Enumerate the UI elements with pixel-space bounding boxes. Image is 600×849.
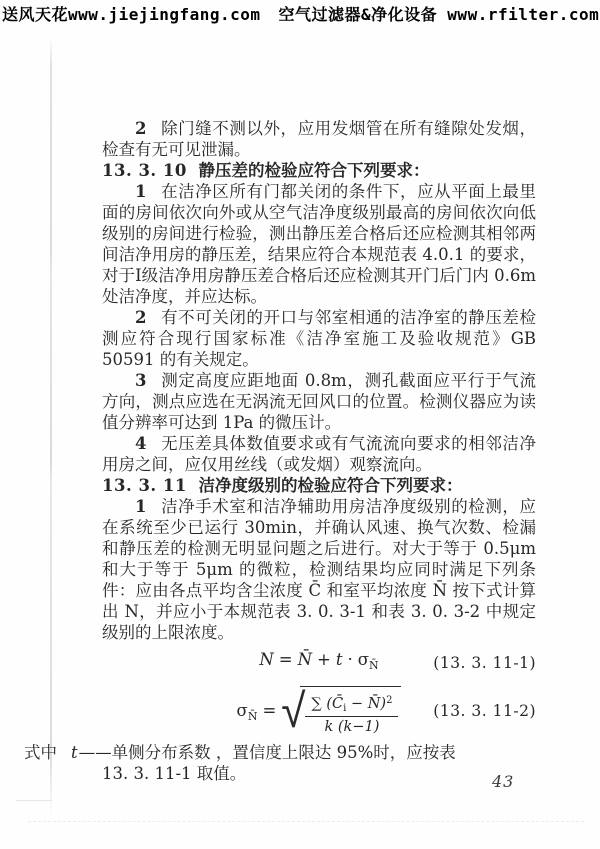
clause-title: 洁净度级别的检验应符合下列要求：: [198, 476, 462, 495]
eq-sigma: σ: [358, 650, 369, 669]
equation-13-3-11-2: σN̄=√∑ (C̄i − N̄)2k (k−1) (13. 3. 11-2): [102, 686, 536, 737]
clause-item: 1洁净手术室和洁净辅助用房洁净度级别的检测，应在系统至少已运行 30min，并确…: [102, 496, 536, 643]
equation-label: (13. 3. 11-2): [433, 698, 536, 724]
scan-artifact-line: [16, 800, 52, 801]
clause-item: 1在洁净区所有门都关闭的条件下，应从平面上最里面的房间依次向外或从空气洁净度级别…: [102, 181, 536, 307]
clause-number: 13. 3. 10: [102, 161, 187, 180]
eq-var-Nbar: N̄: [298, 650, 312, 669]
eq-var-N: N: [259, 650, 273, 669]
radical-sign: √: [281, 690, 305, 733]
equation-label: (13. 3. 11-1): [433, 650, 536, 676]
eq-var-t: t: [336, 650, 343, 669]
eq-equals: =: [279, 650, 293, 669]
definition-text-line1: 单侧分布系数 ，置信度上限达 95%时，应按表: [112, 743, 456, 762]
where-clause: 式中t——单侧分布系数 ，置信度上限达 95%时，应按表13. 3. 11-1 …: [102, 742, 536, 784]
eq-var-t: t: [71, 743, 78, 762]
sum-symbol: ∑: [311, 696, 321, 712]
item-text: 在洁净区所有门都关闭的条件下，应从平面上最里面的房间依次向外或从空气洁净度级别最…: [102, 182, 536, 306]
eq-superscript-2: 2: [386, 695, 392, 706]
eq-sigma-subscript: N̄: [369, 659, 379, 672]
item-text: 洁净手术室和洁净辅助用房洁净度级别的检测，应在系统至少已运行 30min，并确认…: [102, 497, 536, 642]
square-root: √∑ (C̄i − N̄)2k (k−1): [281, 686, 401, 737]
page-fold-line: [50, 36, 52, 816]
scan-watermark-header: 送风天花www.jiejingfang.com 空气过滤器&净化设备 www.r…: [2, 2, 598, 25]
item-text: 除门缝不测以外，应用发烟管在所有缝隙处发烟，检查有无可见泄漏。: [102, 119, 536, 159]
clause-heading-13-3-10: 13. 3. 10静压差的检验应符合下列要求：: [102, 160, 536, 181]
clause-item: 3测定高度应距地面 0.8m，测孔截面应平行于气流方向，测点应选在无涡流无回风口…: [102, 370, 536, 433]
definition-dash: ——: [79, 743, 112, 762]
watermark-left-text: 送风天花www.jiejingfang.com: [2, 2, 261, 25]
clause-heading-13-3-11: 13. 3. 11洁净度级别的检验应符合下列要求：: [102, 475, 536, 496]
item-number: 2: [135, 308, 146, 327]
eq-sigma-subscript: N̄: [248, 710, 258, 723]
clause-item: 2有不可关闭的开口与邻室相通的洁净室的静压差检测应符合现行国家标准《洁净室施工及…: [102, 307, 536, 370]
item-number: 1: [135, 497, 146, 516]
eq-var-Nbar: − N̄): [346, 696, 386, 712]
fraction-numerator: ∑ (C̄i − N̄)2: [305, 694, 398, 717]
eq-dot: ·: [348, 650, 353, 669]
clause-item: 4无压差具体数值要求或有气流流向要求的相邻洁净用房之间，应仅用丝线（或发烟）观察…: [102, 433, 536, 475]
page-number: 43: [492, 772, 514, 791]
definition-text-line2: 13. 3. 11-1 取值。: [102, 764, 246, 783]
item-number: 2: [135, 119, 146, 138]
fraction-denominator: k (k−1): [325, 717, 380, 737]
item-text: 无压差具体数值要求或有气流流向要求的相邻洁净用房之间，应仅用丝线（或发烟）观察流…: [102, 434, 536, 474]
eq-sigma: σ: [237, 701, 248, 720]
clause-number: 13. 3. 11: [102, 476, 187, 495]
item-text: 有不可关闭的开口与邻室相通的洁净室的静压差检测应符合现行国家标准《洁净室施工及验…: [102, 308, 536, 369]
carryover-paragraph: 2除门缝不测以外，应用发烟管在所有缝隙处发烟，检查有无可见泄漏。: [102, 118, 536, 160]
item-text: 测定高度应距地面 0.8m，测孔截面应平行于气流方向，测点应选在无涡流无回风口的…: [102, 371, 536, 432]
eq-var-k: k (k−1): [325, 719, 380, 735]
item-number: 1: [135, 182, 146, 201]
bottom-scan-rule: [28, 821, 584, 822]
item-number: 4: [135, 434, 146, 453]
fraction: ∑ (C̄i − N̄)2k (k−1): [305, 694, 398, 737]
radicand: ∑ (C̄i − N̄)2k (k−1): [300, 686, 401, 737]
document-body: 2除门缝不测以外，应用发烟管在所有缝隙处发烟，检查有无可见泄漏。 13. 3. …: [102, 118, 536, 784]
eq-equals: =: [262, 701, 276, 720]
eq-plus: +: [317, 650, 331, 669]
eq-var-Cbar: (C̄: [322, 696, 343, 712]
clause-title: 静压差的检验应符合下列要求：: [198, 161, 429, 180]
where-lead: 式中: [24, 743, 57, 762]
item-number: 3: [135, 371, 146, 390]
equation-13-3-11-1: N=N̄+t·σN̄ (13. 3. 11-1): [102, 647, 536, 679]
watermark-right-text: 空气过滤器&净化设备 www.rfilter.com: [279, 2, 600, 25]
